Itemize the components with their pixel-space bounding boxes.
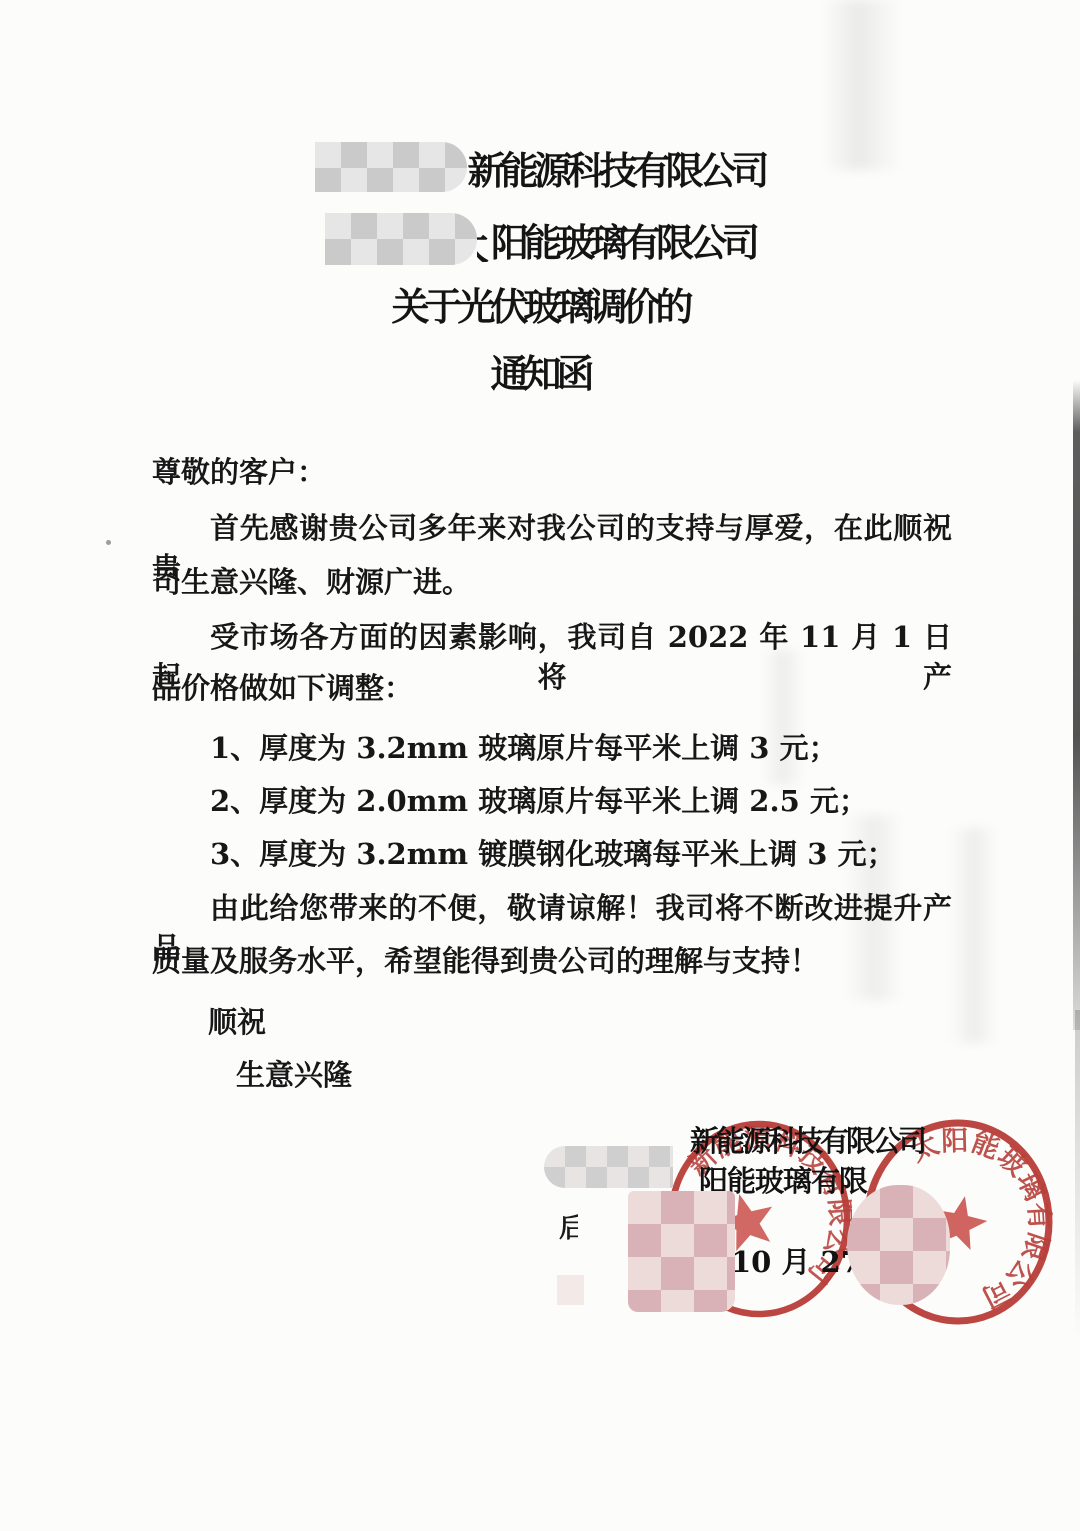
partial-character: 后 [559,1206,578,1240]
signature-company1: 新能源科技有限公司 [690,1119,924,1160]
body-line: 司生意兴隆、财源广进。 [152,562,471,602]
redaction-mosaic [628,1191,735,1312]
body-salutation: 尊敬的客户： [152,452,326,492]
scan-streak [950,828,998,1043]
redaction-mosaic [325,213,477,265]
title-doc-type: 通知函 [0,343,1080,398]
signature-date: 10 月 27 [731,1240,861,1281]
price-item-2: 2、厚度为 2.0mm 玻璃原片每平米上调 2.5 元； [152,781,868,821]
title-line-company1: 新能源科技有限公司 [0,140,1080,194]
scan-dot [106,540,111,545]
redaction-mosaic [557,1275,584,1305]
body-line: 质量及服务水平，希望能得到贵公司的理解与支持！ [152,941,819,981]
closing-wish: 顺祝 [152,1002,266,1042]
partial-character: 太 [477,216,491,262]
body-line: 品价格做如下调整： [152,668,413,708]
title-company2-text: 阳能玻璃有限公司 [491,212,755,267]
price-item-3: 3、厚度为 3.2mm 镀膜钢化玻璃每平米上调 3 元； [152,834,896,874]
redaction-mosaic [315,142,467,192]
redaction-mosaic [847,1185,950,1305]
scan-edge-shadow [1073,380,1080,1030]
title-subject: 关于光伏玻璃调价的 [0,276,1080,331]
price-item-1: 1、厚度为 3.2mm 玻璃原片每平米上调 3 元； [152,728,838,768]
scan-edge-shadow [1075,1010,1080,1340]
title-company1-text: 新能源科技有限公司 [467,140,764,195]
title-line-company2: 太 阳能玻璃有限公司 [0,212,1080,266]
redaction-mosaic [544,1146,673,1188]
scanned-letter-page: 新能源科技有限公司 太 阳能玻璃有限公司 关于光伏玻璃调价的 通知函 尊敬的客户… [0,0,1080,1531]
closing-wish-2: 生意兴隆 [152,1055,352,1095]
